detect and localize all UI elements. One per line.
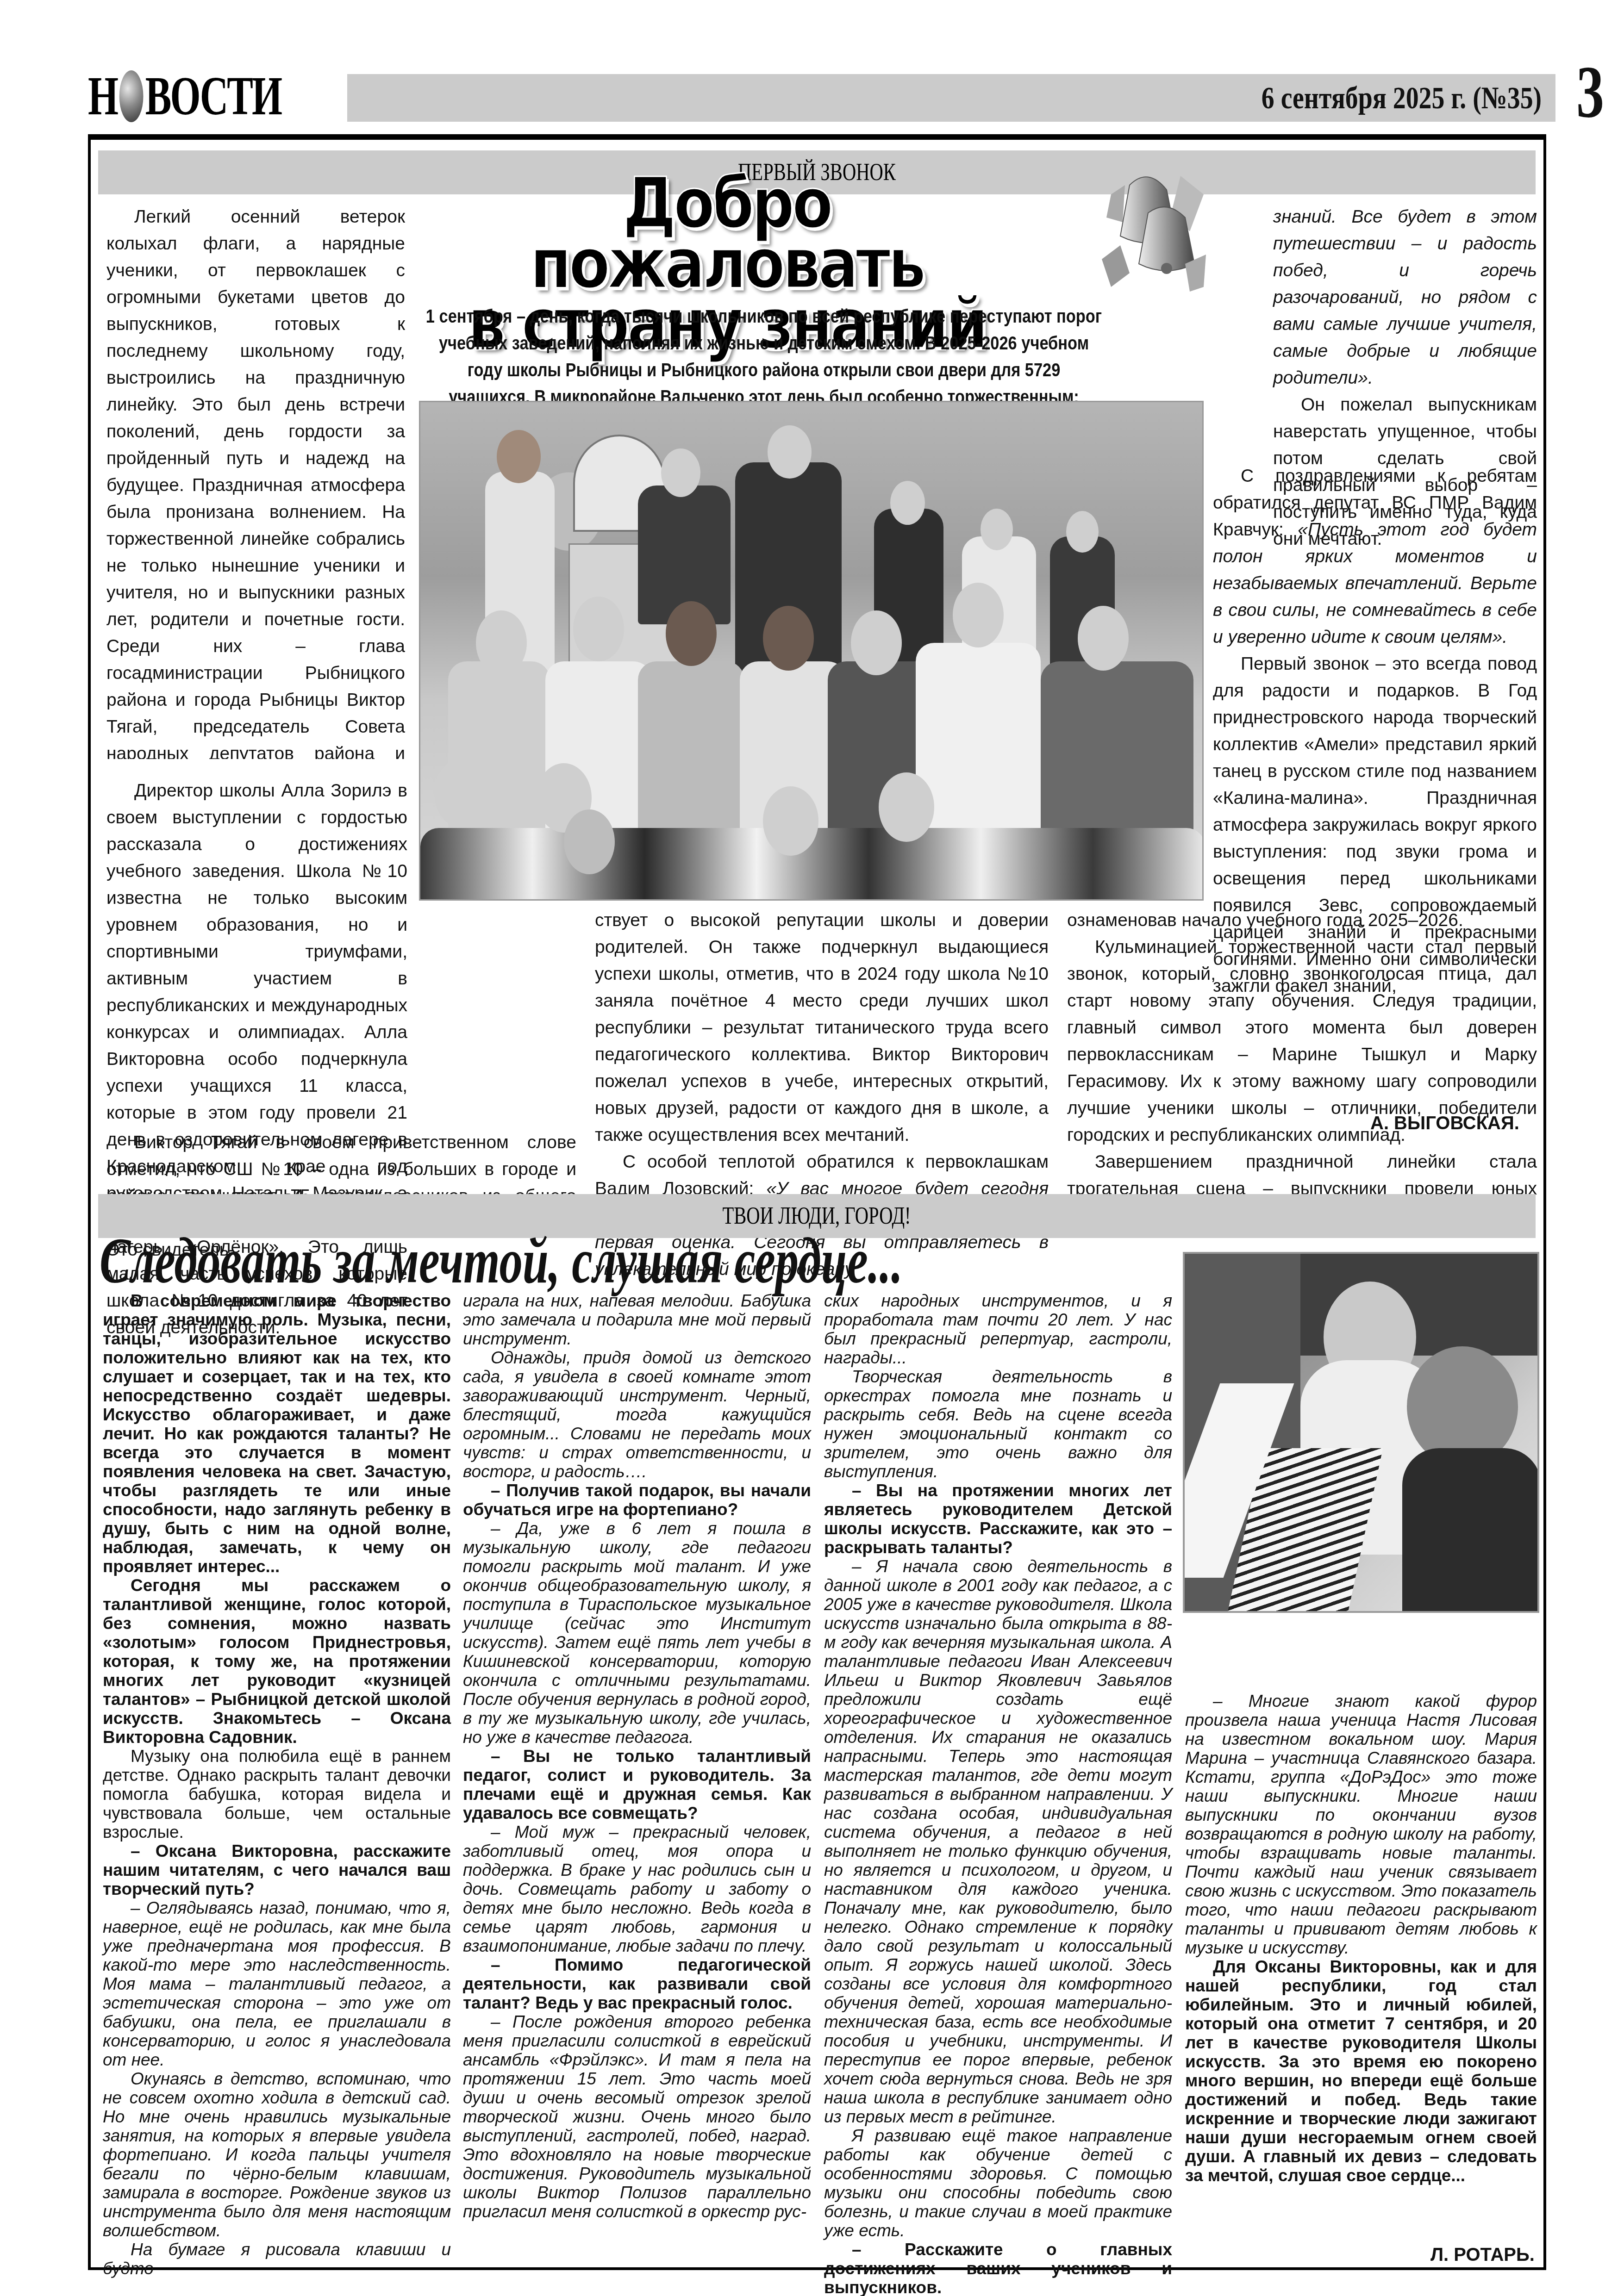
interview-answer: – Многие знают какой фурор произвела наш… (1185, 1692, 1537, 1957)
paragraph: С поздравлениями к ребятам обратился деп… (1213, 463, 1537, 651)
intro-paragraph: Сегодня мы расскажем о талантливой женщи… (103, 1576, 451, 1747)
issue-date: 6 сентября 2025 г. (№35) (1262, 74, 1542, 122)
piano-lesson-photo (1183, 1252, 1539, 1613)
headline-line-1: Добро пожаловать (448, 174, 1006, 294)
interview-answer: Я развиваю ещё такое направление работы … (824, 2126, 1172, 2240)
interview-question: – Получив такой подарок, вы начали обуча… (463, 1481, 811, 1519)
paragraph: ознаменовав начало учебного года 2025–20… (1067, 907, 1537, 934)
newspaper-logo: НВОСТИ (88, 69, 281, 123)
interview-question: – Вы не только талантливый педагог, соли… (463, 1747, 811, 1823)
interview-answer: – Я начала свою деятельность в данной шк… (824, 1557, 1172, 2126)
page-number: 3 (1576, 55, 1604, 129)
globe-icon (119, 70, 144, 122)
school-bells-icon (1097, 157, 1208, 296)
quote-text: знаний. Все будет в этом путешествии – и… (1273, 204, 1537, 392)
paragraph: ствует о высокой репутации школы и довер… (595, 907, 1049, 1149)
interview-answer: Однажды, придя домой из детского сада, я… (463, 1348, 811, 1481)
interview-answer: Окунаясь в детство, вспоминаю, что не со… (103, 2069, 451, 2240)
article2-headline: Следовать за мечтой, слушая сердце... (100, 1229, 883, 1294)
article2-column-1: В современном мире творчество играет зна… (103, 1291, 451, 2278)
intro-paragraph: В современном мире творчество играет зна… (103, 1291, 451, 1576)
interview-answer: На бумаге я рисовала клавиши и будто (103, 2240, 451, 2278)
article1-byline: А. ВЫГОВСКАЯ. (1370, 1113, 1519, 1134)
masthead: НВОСТИ 6 сентября 2025 г. (№35) 3 (88, 69, 1546, 123)
article2-byline: Л. РОТАРЬ. (1430, 2245, 1535, 2265)
article2-column-3: ских народных инструментов, и я проработ… (824, 1291, 1172, 2296)
issue-date-bar: 6 сентября 2025 г. (№35) (347, 74, 1555, 122)
logo-rest: ВОСТИ (145, 69, 281, 123)
article2-column-2: играла на них, напевая мелодии. Бабушка … (463, 1291, 811, 2221)
interview-answer: – Оглядываясь назад, понимаю, что я, нав… (103, 1898, 451, 2069)
article1-column-4: ознаменовав начало учебного года 2025–20… (1067, 907, 1537, 1229)
school-ceremony-photo (419, 401, 1204, 901)
paragraph: Легкий осенний ветерок колыхал флаги, а … (106, 204, 405, 759)
outro-paragraph: Для Оксаны Викторовны, как и для нашей р… (1185, 1957, 1537, 2185)
interview-answer: – Мой муж – прекрасный человек, заботлив… (463, 1823, 811, 1955)
interview-answer: Творческая деятельность в оркестрах помо… (824, 1367, 1172, 1481)
interview-question: – Помимо педагогической деятельности, ка… (463, 1955, 811, 2012)
article2-column-4: – Многие знают какой фурор произвела наш… (1185, 1692, 1537, 2185)
interview-answer: – Да, уже в 6 лет я пошла в музыкальную … (463, 1519, 811, 1747)
paragraph: Музыку она полюбила ещё в раннем детстве… (103, 1747, 451, 1842)
interview-question: – Оксана Викторовна, расскажите нашим чи… (103, 1842, 451, 1898)
article1-column-1: Легкий осенний ветерок колыхал флаги, а … (106, 204, 405, 759)
interview-question: – Вы на протяжении многих лет являетесь … (824, 1481, 1172, 1557)
interview-answer: ских народных инструментов, и я проработ… (824, 1291, 1172, 1367)
logo-letter: Н (88, 69, 117, 123)
interview-question: – Расскажите о главных достижениях ваших… (824, 2240, 1172, 2296)
interview-answer: – После рождения второго ребенка меня пр… (463, 2012, 811, 2221)
interview-answer: играла на них, напевая мелодии. Бабушка … (463, 1291, 811, 1348)
